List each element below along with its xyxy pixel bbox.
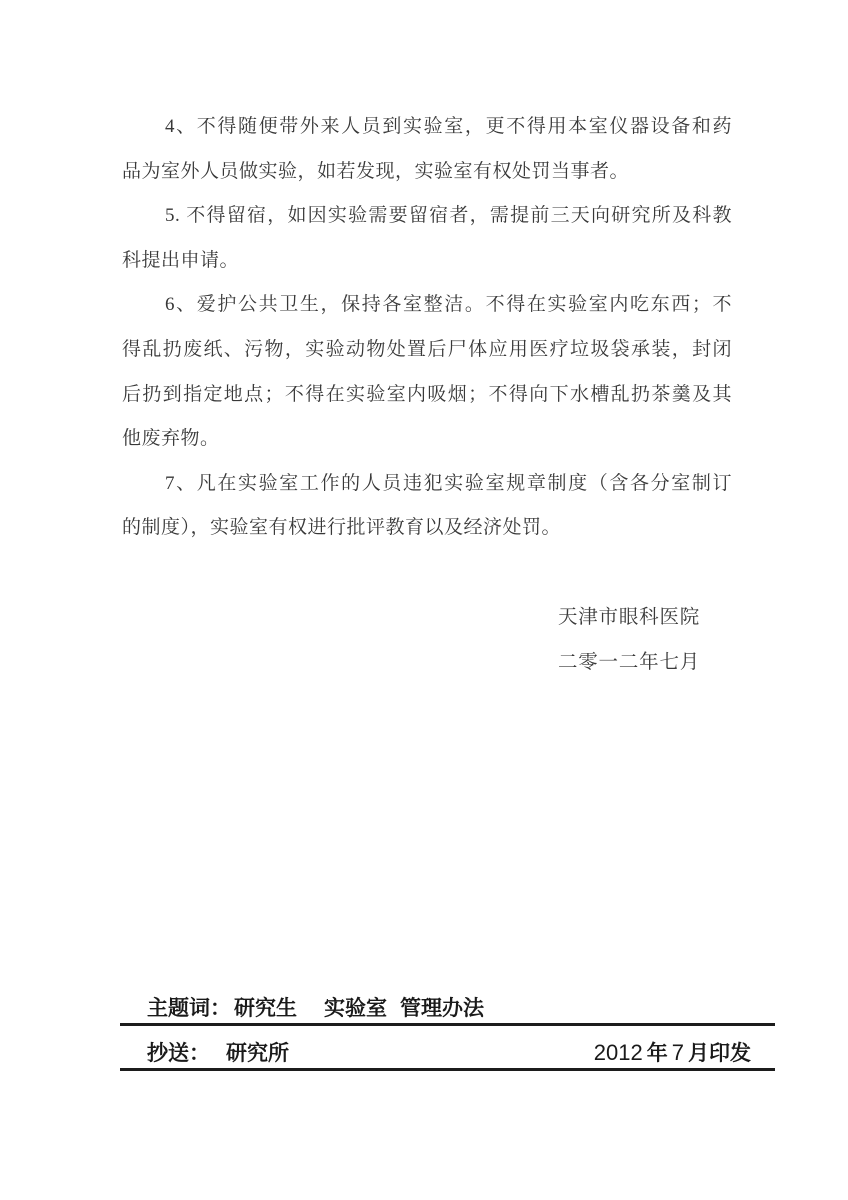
body-line: 后扔到指定地点；不得在实验室内吸烟；不得向下水槽乱扔茶羹及其 <box>122 373 732 418</box>
issue-date-suffix: 月印发 <box>688 1041 751 1065</box>
subject-term: 研究生 <box>234 996 297 1020</box>
body-line: 他废弃物。 <box>122 417 732 462</box>
signature-organization: 天津市眼科医院 <box>518 595 740 640</box>
subject-term: 实验室 <box>324 996 387 1020</box>
cc-recipient: 研究所 <box>226 1041 289 1065</box>
signature-date: 二零一二年七月 <box>518 640 740 685</box>
body-line: 得乱扔废纸、污物，实验动物处置后尸体应用医疗垃圾袋承装，封闭 <box>122 328 732 373</box>
body-line: 科提出申请。 <box>122 239 732 284</box>
cc-row: 抄送：研究所 2012年7月印发 <box>120 1037 775 1069</box>
body-line: 品为室外人员做实验，如若发现，实验室有权处罚当事者。 <box>122 150 732 195</box>
document-page: 4、不得随便带外来人员到实验室，更不得用本室仪器设备和药 品为室外人员做实验，如… <box>0 0 848 1200</box>
body-line: 6、爱护公共卫生，保持各室整洁。不得在实验室内吃东西；不 <box>122 283 732 328</box>
issue-date: 2012年7月印发 <box>594 1037 751 1069</box>
issue-date-year: 2012 <box>594 1040 643 1065</box>
divider-rule-bottom <box>120 1068 775 1071</box>
issue-date-month: 7 <box>672 1040 684 1065</box>
cc-label: 抄送： <box>147 1041 210 1065</box>
subject-row: 主题词：研究生实验室管理办法 <box>147 992 484 1024</box>
body-line: 7、凡在实验室工作的人员违犯实验室规章制度（含各分室制订 <box>122 462 732 507</box>
document-body: 4、不得随便带外来人员到实验室，更不得用本室仪器设备和药 品为室外人员做实验，如… <box>122 105 732 551</box>
subject-label: 主题词： <box>147 996 231 1020</box>
subject-term: 管理办法 <box>400 996 484 1020</box>
signature-block: 天津市眼科医院 二零一二年七月 <box>518 595 740 685</box>
body-line: 5. 不得留宿，如因实验需要留宿者，需提前三天向研究所及科教 <box>122 194 732 239</box>
divider-rule-top <box>120 1023 775 1026</box>
issue-date-year-unit: 年 <box>647 1041 668 1065</box>
body-line: 4、不得随便带外来人员到实验室，更不得用本室仪器设备和药 <box>122 105 732 150</box>
body-line: 的制度），实验室有权进行批评教育以及经济处罚。 <box>122 506 732 551</box>
